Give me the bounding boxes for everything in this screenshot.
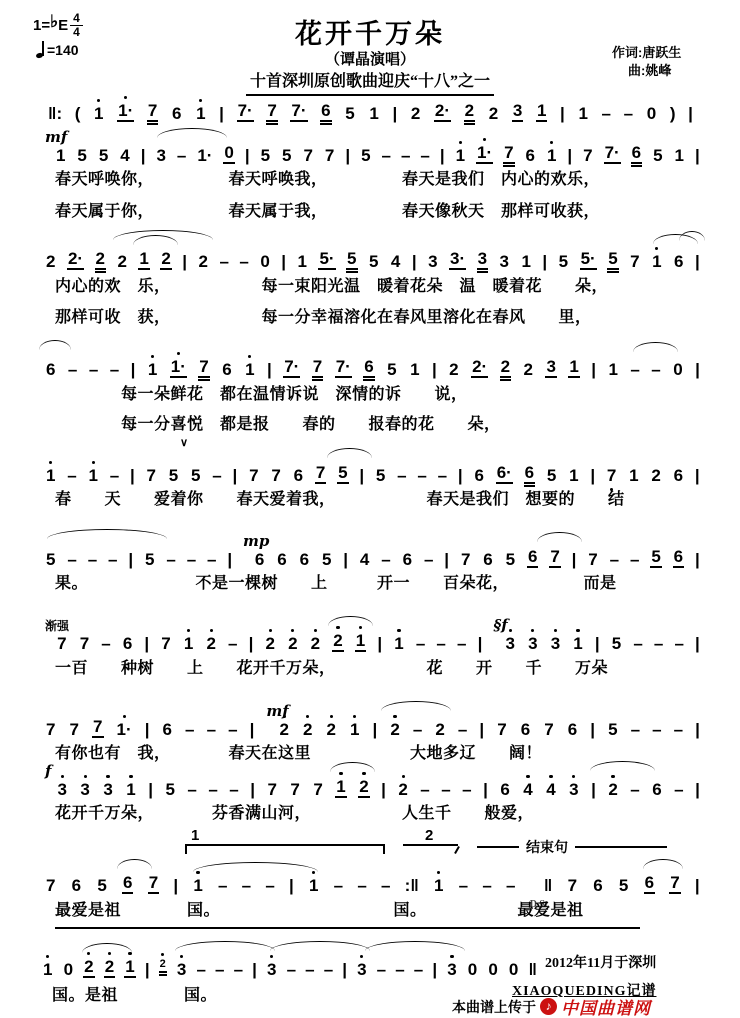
- system-chorus-1: 7771·|6–––|mf2221|2–2–|7676|5–––| 有你也有 我…: [45, 714, 700, 738]
- lyricist-credit: 作词:唐跃生: [612, 42, 681, 61]
- watermark: 本曲谱上传于 ♪ 中国曲谱网: [452, 994, 651, 1018]
- volta-2-bracket: 2: [403, 844, 458, 846]
- system-verse-1: mf1554|3–1·0|5577|5–––|11·761|77·651| 春天…: [45, 140, 700, 164]
- ending-label-text: 结束句: [526, 837, 568, 857]
- slur-arc: [643, 859, 683, 869]
- tie-arc: [175, 941, 275, 951]
- notation-line: f3331|5–––|77712|2–––|6443|2–6–|: [45, 774, 700, 798]
- notation-line: 1–1–|755–|77675|5–––|66·651|7126|: [45, 460, 700, 484]
- lyrics-line: 果。 不是一棵树 上 开一 百朵花， 而是: [55, 570, 617, 593]
- slur-arc: [82, 943, 132, 953]
- lyrics-line: 有你也有 我， 春天在这里 大地多辽 阔！: [55, 740, 542, 763]
- notation-line: 7771·|6–––|mf2221|2–2–|7676|5–––|: [45, 714, 700, 738]
- system-voltas: 76567|1–––|1–––:‖1–––D.S.‖76567| 1 2 结束句…: [45, 870, 700, 894]
- subtitle: 十首深圳原创歌曲迎庆“十八”之一: [246, 68, 494, 96]
- slur-arc: [157, 128, 227, 138]
- slur-arc: [537, 532, 582, 542]
- slur-arc: [381, 701, 451, 711]
- lyrics-line: 那样可收 获， 每一分幸福溶化在春风里溶化在春风 里，: [55, 304, 592, 327]
- system-verse-4: 1–1–|755–|77675|5–––|66·651|7126| 春 天 爱着…: [45, 460, 700, 484]
- notation-line: 6–––|11·761|7·77·651|22·2231|1––0|: [45, 354, 700, 378]
- notation-line: ‖:(11·761|7·77·651|22·2231|1––0)|: [48, 98, 693, 122]
- watermark-site-name: 中国曲谱网: [561, 994, 651, 1018]
- notation-line: 5–––|5–––|mp6665|4–6–|76567|7––56|: [45, 544, 700, 568]
- system-verse-3: 6–––|11·761|7·77·651|22·2231|1––0| 每一朵鲜花…: [45, 354, 700, 378]
- lyrics-line: 春天呼唤你， 春天呼唤我， 春天是我们 内心的欢乐，: [55, 166, 600, 189]
- volta-2-number: 2: [425, 827, 433, 844]
- tie-arc: [47, 529, 167, 539]
- sheet-music-page: 1=♭E 4 4 =140 花开千万朵 （谭晶演唱） 十首深圳原创歌曲迎庆“十八…: [0, 0, 740, 1018]
- lyrics-line: 内心的欢 乐， 每一束阳光温 暖着花朵 温 暖着花 朵，: [55, 273, 608, 296]
- system-chorus-2: f3331|5–––|77712|2–––|6443|2–6–| 花开千万朵， …: [45, 774, 700, 798]
- system-coda: 10221|23–––|3–––|3–––|3000‖ 国。是祖 国。: [42, 954, 537, 978]
- lyrics-line: 每一朵鲜花 都在温情诉说 深情的诉 说，: [55, 381, 468, 404]
- lyrics-line: 春天属于你， 春天属于我， 春天像秋天 那样可收获，: [55, 198, 600, 221]
- watermark-prefix: 本曲谱上传于: [452, 997, 536, 1017]
- composer-credit: 曲:姚峰: [628, 60, 671, 79]
- volta-1-number: 1: [191, 827, 199, 844]
- slur-arc: [117, 859, 152, 869]
- tie-arc: [39, 340, 71, 350]
- system-verse-2: 22·2212|2––0|15·554|33·331|55·5716| 内心的欢…: [45, 246, 700, 270]
- lyrics-line: 最爱是祖 国。 国。 最爱是祖: [55, 897, 584, 920]
- notation-line: mf1554|3–1·0|5577|5–––|11·761|77·651|: [45, 140, 700, 164]
- slur-arc: [633, 342, 678, 352]
- notation-line: 22·2212|2––0|15·554|33·331|55·5716|: [45, 246, 700, 270]
- composition-date: 2012年11月于深圳: [545, 952, 656, 972]
- system-bridge-2: 渐强77–6|712–|22221|1–––|§f3331|5–––| 一百 种…: [45, 628, 700, 652]
- volta-1-bracket: 1: [185, 844, 385, 846]
- slur-arc: [193, 862, 318, 872]
- lyrics-line: 花开千万朵， 芬香满山河， 人生千 般爱，: [55, 800, 534, 823]
- slur-arc: [327, 448, 372, 458]
- lyrics-line: 一百 种树 上 花开千万朵， 花 开 千 万朵: [55, 655, 608, 678]
- tie-arc: [365, 941, 465, 951]
- lyrics-line: 国。是祖 国。: [52, 982, 217, 1005]
- tie-arc: [679, 231, 705, 241]
- system-bridge-1: 5–––|5–––|mp6665|4–6–|76567|7––56| 果。 不是…: [45, 544, 700, 568]
- ending-label: 结束句: [477, 837, 667, 857]
- slur-arc: [590, 761, 655, 771]
- music-note-icon: ♪: [540, 998, 557, 1015]
- melisma-line: [55, 927, 640, 929]
- lyrics-line: 每一分喜悦 都是报 春的 报春的花 朵，: [55, 411, 501, 434]
- tie-arc: [270, 941, 370, 951]
- system-intro: ‖:(11·761|7·77·651|22·2231|1––0)|: [48, 98, 693, 122]
- notation-line: 渐强77–6|712–|22221|1–––|§f3331|5–––|: [45, 628, 700, 652]
- notation-line: 10221|23–––|3–––|3–––|3000‖: [42, 954, 537, 978]
- slur-arc: [330, 762, 375, 772]
- notation-line: 76567|1–––|1–––:‖1–––D.S.‖76567|: [45, 870, 700, 894]
- slur-arc: [328, 616, 373, 626]
- breath-mark: ∨: [180, 436, 188, 449]
- lyrics-line: 春 天 爱着你 春天爱着我， 春天是我们 想要的 结: [55, 486, 625, 509]
